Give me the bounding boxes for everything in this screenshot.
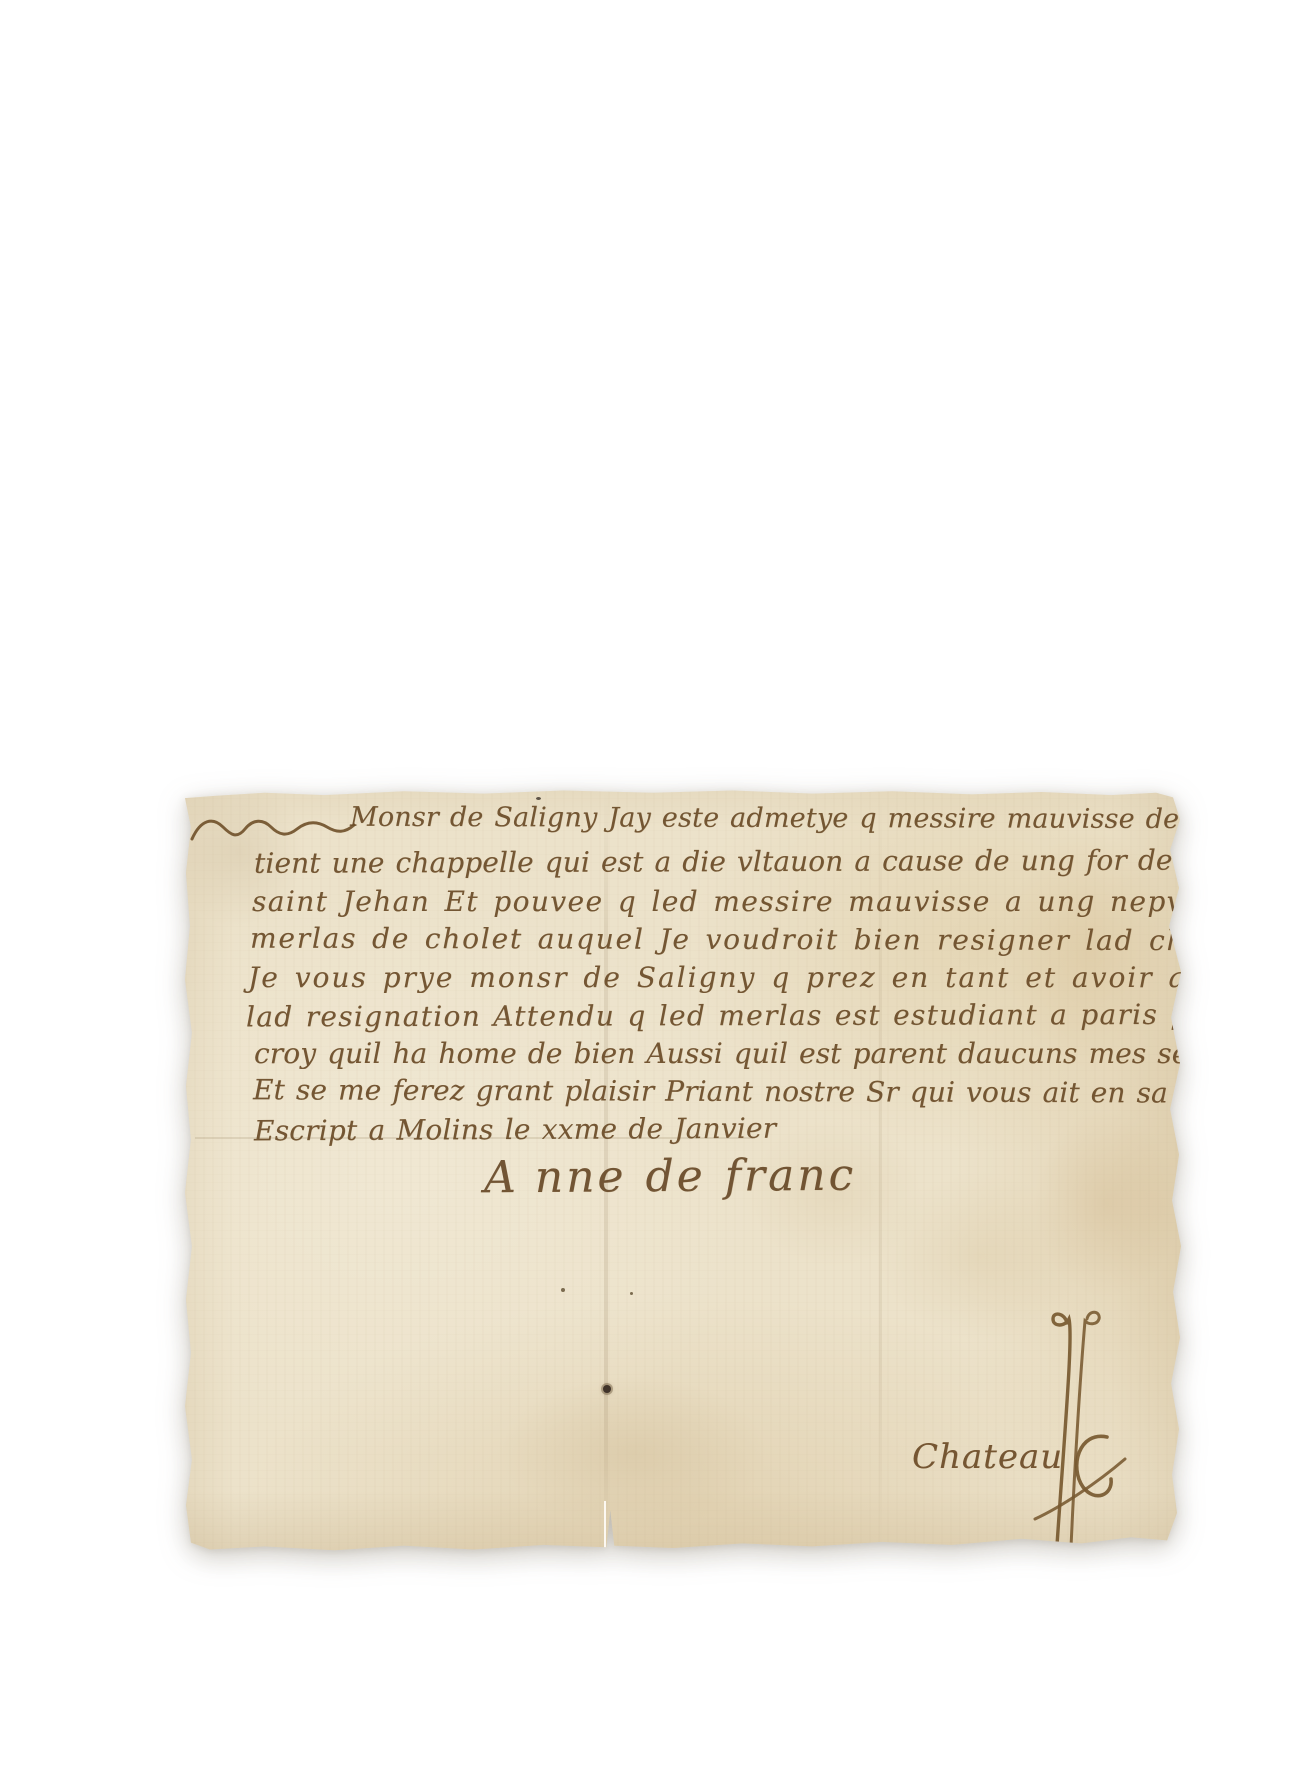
photo-canvas: Monsr de Saligny Jay este admetye q mess…	[0, 0, 1301, 1784]
manuscript-line-3: saint Jehan Et pouvee q led messire mauv…	[252, 885, 1301, 918]
countersignature-chateau: Chateau	[912, 1437, 1063, 1477]
bottom-edge-slit	[604, 1501, 606, 1549]
manuscript-line-8: Et se me ferez grant plaisir Priant nost…	[253, 1073, 1262, 1110]
paper-speck	[536, 797, 541, 800]
paper-stain	[875, 1171, 1085, 1341]
manuscript-line-5: Je vous prye monsr de Saligny q prez en …	[248, 961, 1301, 994]
manuscript-line-9: Escript a Molins le xxme de Janvier	[254, 1112, 777, 1148]
pen-flourish-icon	[189, 811, 357, 845]
manuscript-line-4: merlas de cholet auquel Je voudroit bien…	[250, 922, 1301, 958]
paper-stain	[503, 1377, 765, 1529]
manuscript-line-1: Monsr de Saligny Jay este admetye q mess…	[350, 802, 1275, 835]
paper-speck	[630, 1292, 633, 1295]
paper-stain	[1033, 1109, 1181, 1299]
wormhole	[603, 1385, 611, 1393]
letter-paper: Monsr de Saligny Jay este admetye q mess…	[185, 789, 1181, 1551]
signature-anne-de-france: Anne de franc	[484, 1150, 857, 1204]
paper-speck	[561, 1288, 565, 1292]
manuscript-line-2: tient une chappelle qui est a die vltauo…	[254, 843, 1286, 880]
letter-paper-wrap: Monsr de Saligny Jay este admetye q mess…	[0, 0, 1301, 1784]
notarial-paraph-icon	[1027, 1307, 1127, 1549]
manuscript-line-6: lad resignation Attendu q led merlas est…	[246, 998, 1291, 1034]
manuscript-line-7: croy quil ha home de bien Aussi quil est…	[254, 1037, 1301, 1070]
